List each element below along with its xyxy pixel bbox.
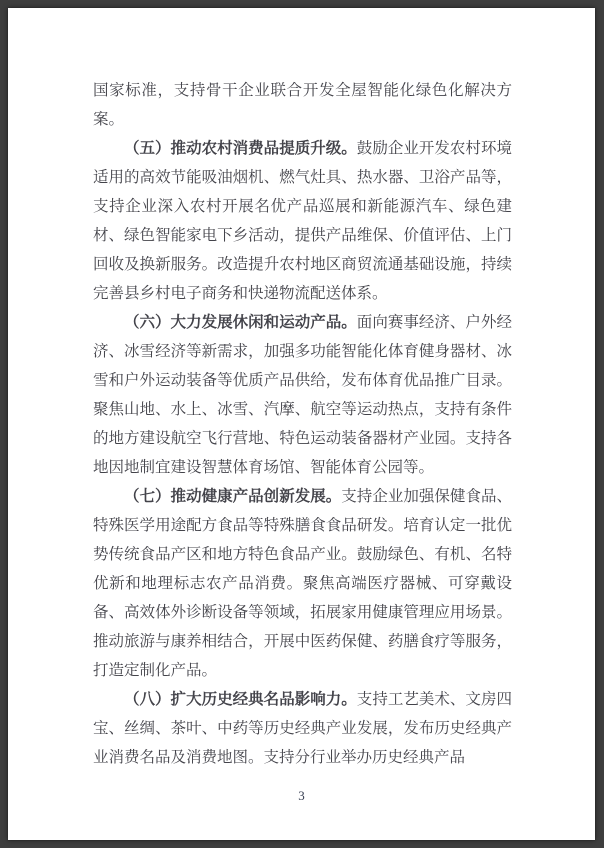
page-number: 3 — [8, 788, 595, 804]
document-body: 国家标准，支持骨干企业联合开发全屋智能化绿色化解决方案。 （五）推动农村消费品提… — [8, 8, 595, 772]
paragraph: （五）推动农村消费品提质升级。鼓励企业开发农村环境适用的高效节能吸油烟机、燃气灶… — [93, 134, 512, 308]
paragraph-lead: （六）大力发展休闲和运动产品。 — [124, 314, 357, 331]
paragraph-text: 支持企业加强保健食品、特殊医学用途配方食品等特殊膳食食品研发。培育认定一批优势传… — [93, 488, 512, 679]
paragraph: （七）推动健康产品创新发展。支持企业加强保健食品、特殊医学用途配方食品等特殊膳食… — [93, 482, 512, 685]
paragraph-lead: （五）推动农村消费品提质升级。 — [124, 140, 357, 157]
paragraph-text: 面向赛事经济、户外经济、冰雪经济等新需求，加强多功能智能化体育健身器材、冰雪和户… — [93, 314, 512, 476]
document-page: 国家标准，支持骨干企业联合开发全屋智能化绿色化解决方案。 （五）推动农村消费品提… — [8, 8, 595, 840]
paragraph-text: 国家标准，支持骨干企业联合开发全屋智能化绿色化解决方案。 — [93, 82, 512, 128]
paragraph: （八）扩大历史经典名品影响力。支持工艺美术、文房四宝、丝绸、茶叶、中药等历史经典… — [93, 685, 512, 772]
paragraph: （六）大力发展休闲和运动产品。面向赛事经济、户外经济、冰雪经济等新需求，加强多功… — [93, 308, 512, 482]
paragraph-lead: （七）推动健康产品创新发展。 — [124, 488, 341, 505]
document-viewer: 国家标准，支持骨干企业联合开发全屋智能化绿色化解决方案。 （五）推动农村消费品提… — [0, 0, 604, 848]
paragraph-lead: （八）扩大历史经典名品影响力。 — [124, 691, 357, 708]
paragraph: 国家标准，支持骨干企业联合开发全屋智能化绿色化解决方案。 — [93, 76, 512, 134]
paragraph-text: 鼓励企业开发农村环境适用的高效节能吸油烟机、燃气灶具、热水器、卫浴产品等，支持企… — [93, 140, 512, 302]
